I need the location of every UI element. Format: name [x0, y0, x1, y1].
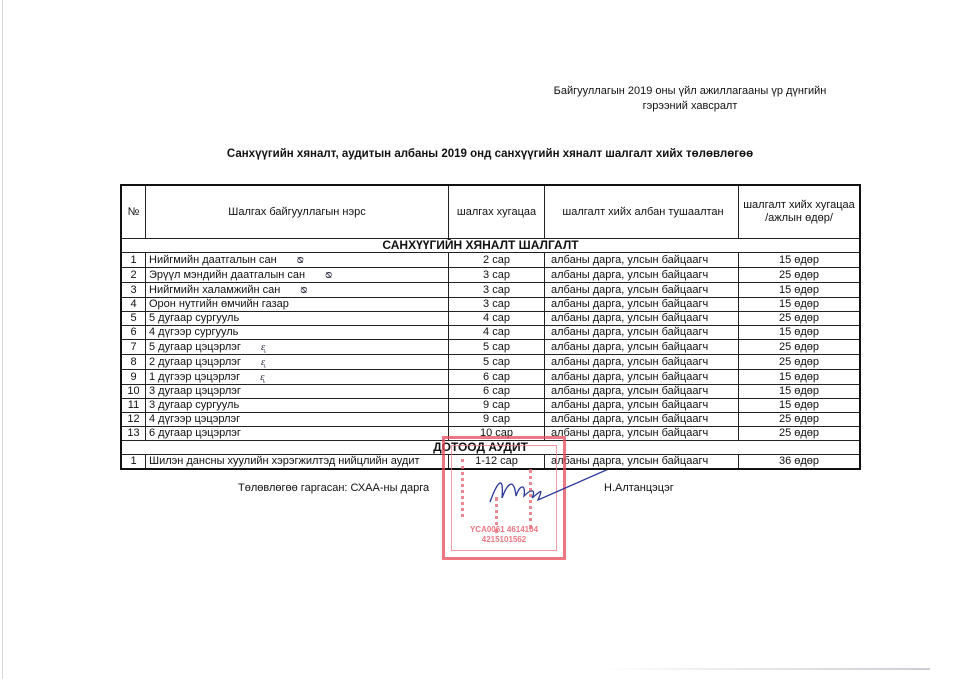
header-note: Байгууллагын 2019 оны үйл ажиллагааны үр…	[540, 84, 840, 114]
organization-name: 1 дүгээр цэцэрлэгᶓ	[146, 370, 449, 385]
audit-days-text: 25 өдөр	[779, 312, 819, 324]
audit-period: 9 сар	[449, 399, 545, 413]
scan-smudge	[600, 668, 930, 670]
row-number: 1	[121, 455, 146, 470]
audit-official-text: албаны дарга, улсын байцаагч	[551, 455, 708, 467]
audit-official: албаны дарга, улсын байцаагч	[545, 253, 739, 268]
organization-name-text: Орон нутгийн өмчийн газар	[149, 298, 289, 310]
stamp-line1: YCA0061 4614104	[445, 525, 563, 535]
audit-official: албаны дарга, улсын байцаагч	[545, 283, 739, 298]
document-title: Санхүүгийн хяналт, аудитын албаны 2019 о…	[180, 148, 800, 160]
table-row: 75 дугаар цэцэрлэгᶓ5 саралбаны дарга, ул…	[121, 340, 860, 355]
audit-plan-table: № Шалгах байгууллагын нэрс шалгах хугаца…	[120, 184, 861, 470]
audit-official: албаны дарга, улсын байцаагч	[545, 385, 739, 399]
table-row: 1Нийгмийн даатгалын санᴓ2 саралбаны дарг…	[121, 253, 860, 268]
audit-period-text: 9 сар	[483, 413, 510, 425]
table-row: 3Нийгмийн халамжийн санᴓ3 саралбаны дарг…	[121, 283, 860, 298]
audit-official: албаны дарга, улсын байцаагч	[545, 399, 739, 413]
audit-period-text: 3 сар	[483, 269, 510, 281]
audit-period-text: 3 сар	[483, 298, 510, 310]
table-row: 91 дүгээр цэцэрлэгᶓ6 саралбаны дарга, ул…	[121, 370, 860, 385]
organization-name-text: 5 дугаар цэцэрлэг	[149, 341, 241, 353]
row-number-text: 6	[130, 326, 136, 338]
row-number-text: 9	[130, 371, 136, 383]
audit-days-text: 15 өдөр	[779, 284, 819, 296]
audit-official-text: албаны дарга, улсын байцаагч	[551, 284, 708, 296]
table-header-row: № Шалгах байгууллагын нэрс шалгах хугаца…	[121, 185, 860, 239]
audit-period-text: 4 сар	[483, 326, 510, 338]
audit-official-text: албаны дарга, улсын байцаагч	[551, 385, 708, 397]
organization-name: 3 дугаар сургууль	[146, 399, 449, 413]
audit-days-text: 15 өдөр	[779, 371, 819, 383]
row-number-text: 8	[130, 356, 136, 368]
row-number: 1	[121, 253, 146, 268]
stamp-script-column	[461, 459, 474, 517]
audit-period: 4 сар	[449, 312, 545, 326]
audit-official-text: албаны дарга, улсын байцаагч	[551, 356, 708, 368]
organization-name: 3 дугаар цэцэрлэг	[146, 385, 449, 399]
audit-days-text: 25 өдөр	[779, 413, 819, 425]
row-number-text: 11	[128, 399, 139, 411]
audit-period-text: 6 сар	[483, 371, 510, 383]
organization-name: Нийгмийн халамжийн санᴓ	[146, 283, 449, 298]
organization-name-text: 3 дугаар цэцэрлэг	[149, 385, 241, 397]
row-number: 3	[121, 283, 146, 298]
audit-official: албаны дарга, улсын байцаагч	[545, 298, 739, 312]
organization-name: 4 дүгээр сургууль	[146, 326, 449, 340]
audit-official-text: албаны дарга, улсын байцаагч	[551, 254, 708, 266]
audit-official: албаны дарга, улсын байцаагч	[545, 355, 739, 370]
row-number: 6	[121, 326, 146, 340]
audit-period-text: 2 сар	[483, 254, 510, 266]
header-no: №	[121, 185, 146, 239]
audit-days: 15 өдөр	[739, 399, 861, 413]
section-title-text: САНХҮҮГИЙН ХЯНАЛТ ШАЛГАЛТ	[382, 239, 578, 253]
audit-official-text: албаны дарга, улсын байцаагч	[551, 298, 708, 310]
handwritten-check-mark: ᴓ	[325, 268, 332, 281]
row-number-text: 5	[130, 312, 136, 324]
table-body: САНХҮҮГИЙН ХЯНАЛТ ШАЛГАЛТ1Нийгмийн даатг…	[121, 239, 860, 470]
organization-name: Орон нутгийн өмчийн газар	[146, 298, 449, 312]
organization-name-text: Нийгмийн даатгалын сан	[149, 254, 277, 266]
row-number-text: 12	[127, 413, 139, 425]
row-number: 5	[121, 312, 146, 326]
organization-name: Шилэн дансны хуулийн хэрэгжилтэд нийцлий…	[146, 455, 449, 470]
organization-name-text: 3 дугаар сургууль	[149, 399, 239, 411]
row-number-text: 1	[130, 455, 136, 467]
audit-days: 25 өдөр	[739, 312, 861, 326]
audit-official-text: албаны дарга, улсын байцаагч	[551, 269, 708, 281]
organization-name-text: Эрүүл мэндийн даатгалын сан	[149, 269, 305, 281]
audit-days: 25 өдөр	[739, 355, 861, 370]
table-row: 2Эрүүл мэндийн даатгалын санᴓ3 саралбаны…	[121, 268, 860, 283]
audit-official: албаны дарга, улсын байцаагч	[545, 312, 739, 326]
table-row: 4Орон нутгийн өмчийн газар3 саралбаны да…	[121, 298, 860, 312]
audit-official-text: албаны дарга, улсын байцаагч	[551, 413, 708, 425]
audit-days-text: 15 өдөр	[779, 385, 819, 397]
prepared-by-label: Төлөвлөгөө гаргасан: СХАА-ны дарга	[238, 482, 429, 494]
organization-name: 2 дугаар цэцэрлэгᶓ	[146, 355, 449, 370]
audit-period: 3 сар	[449, 298, 545, 312]
organization-name: 5 дугаар сургууль	[146, 312, 449, 326]
audit-period: 3 сар	[449, 283, 545, 298]
audit-days-text: 36 өдөр	[779, 455, 819, 467]
audit-period: 3 сар	[449, 268, 545, 283]
header-days: шалгалт хийх хугацаа /ажлын өдөр/	[739, 185, 861, 239]
row-number-text: 4	[130, 298, 136, 310]
handwritten-check-mark: ᶓ	[260, 370, 264, 383]
audit-days: 36 өдөр	[739, 455, 861, 470]
row-number-text: 13	[127, 427, 139, 439]
row-number: 7	[121, 340, 146, 355]
audit-official: албаны дарга, улсын байцаагч	[545, 370, 739, 385]
audit-period-text: 5 сар	[483, 356, 510, 368]
stamp-line2: 4215101562	[445, 535, 563, 545]
organization-name: 6 дугаар цэцэрлэг	[146, 427, 449, 441]
row-number: 13	[121, 427, 146, 441]
audit-official-text: албаны дарга, улсын байцаагч	[551, 427, 708, 439]
audit-official-text: албаны дарга, улсын байцаагч	[551, 312, 708, 324]
audit-official: албаны дарга, улсын байцаагч	[545, 268, 739, 283]
audit-official: албаны дарга, улсын байцаагч	[545, 455, 739, 470]
audit-days-text: 15 өдөр	[779, 298, 819, 310]
row-number-text: 1	[130, 254, 136, 266]
row-number: 11	[121, 399, 146, 413]
row-number-text: 2	[130, 269, 136, 281]
handwritten-check-mark: ᴓ	[297, 253, 304, 266]
audit-period-text: 5 сар	[483, 341, 510, 353]
organization-name-text: 2 дугаар цэцэрлэг	[149, 356, 241, 368]
handwritten-signature	[480, 470, 630, 510]
section-header-row: САНХҮҮГИЙН ХЯНАЛТ ШАЛГАЛТ	[121, 239, 860, 253]
audit-period-text: 9 сар	[483, 399, 510, 411]
organization-name-text: 4 дүгээр цэцэрлэг	[149, 413, 240, 425]
handwritten-check-mark: ᶓ	[261, 340, 265, 353]
audit-official-text: албаны дарга, улсын байцаагч	[551, 326, 708, 338]
audit-days: 15 өдөр	[739, 298, 861, 312]
table-row: 103 дугаар цэцэрлэг6 саралбаны дарга, ул…	[121, 385, 860, 399]
audit-days: 15 өдөр	[739, 253, 861, 268]
organization-name-text: Нийгмийн халамжийн сан	[149, 284, 280, 296]
header-name: Шалгах байгууллагын нэрс	[146, 185, 449, 239]
organization-name-text: Шилэн дансны хуулийн хэрэгжилтэд нийцлий…	[149, 455, 420, 467]
header-official: шалгалт хийх албан тушаалтан	[545, 185, 739, 239]
audit-period: 6 сар	[449, 385, 545, 399]
audit-days-text: 25 өдөр	[779, 356, 819, 368]
audit-period: 4 сар	[449, 326, 545, 340]
audit-period-text: 3 сар	[483, 284, 510, 296]
audit-official: албаны дарга, улсын байцаагч	[545, 427, 739, 441]
audit-days: 25 өдөр	[739, 268, 861, 283]
audit-official-text: албаны дарга, улсын байцаагч	[551, 341, 708, 353]
table-row: 55 дугаар сургууль4 саралбаны дарга, улс…	[121, 312, 860, 326]
audit-period: 5 сар	[449, 340, 545, 355]
table-row: 82 дугаар цэцэрлэгᶓ5 саралбаны дарга, ул…	[121, 355, 860, 370]
audit-period-text: 4 сар	[483, 312, 510, 324]
row-number: 8	[121, 355, 146, 370]
organization-name-text: 1 дүгээр цэцэрлэг	[149, 371, 240, 383]
row-number: 10	[121, 385, 146, 399]
table-row: 124 дүгээр цэцэрлэг9 саралбаны дарга, ул…	[121, 413, 860, 427]
scan-page-edge	[2, 0, 3, 679]
section-title: САНХҮҮГИЙН ХЯНАЛТ ШАЛГАЛТ	[121, 239, 860, 253]
audit-period: 9 сар	[449, 413, 545, 427]
audit-days: 25 өдөр	[739, 427, 861, 441]
header-note-line2: гэрээний хавсралт	[540, 99, 840, 114]
row-number-text: 10	[127, 385, 139, 397]
table-row: 113 дугаар сургууль9 саралбаны дарга, ул…	[121, 399, 860, 413]
audit-days: 25 өдөр	[739, 340, 861, 355]
audit-days-text: 15 өдөр	[779, 326, 819, 338]
audit-days: 15 өдөр	[739, 370, 861, 385]
row-number: 2	[121, 268, 146, 283]
audit-days: 15 өдөр	[739, 385, 861, 399]
organization-name: 5 дугаар цэцэрлэгᶓ	[146, 340, 449, 355]
row-number: 9	[121, 370, 146, 385]
organization-name: Нийгмийн даатгалын санᴓ	[146, 253, 449, 268]
audit-days-text: 15 өдөр	[779, 399, 819, 411]
audit-official: албаны дарга, улсын байцаагч	[545, 340, 739, 355]
audit-days: 25 өдөр	[739, 413, 861, 427]
audit-period: 6 сар	[449, 370, 545, 385]
audit-official: албаны дарга, улсын байцаагч	[545, 326, 739, 340]
row-number: 4	[121, 298, 146, 312]
handwritten-check-mark: ᶓ	[261, 355, 265, 368]
row-number-text: 7	[130, 341, 136, 353]
audit-official: албаны дарга, улсын байцаагч	[545, 413, 739, 427]
audit-days-text: 25 өдөр	[779, 341, 819, 353]
organization-name: 4 дүгээр цэцэрлэг	[146, 413, 449, 427]
table-row: 64 дүгээр сургууль4 саралбаны дарга, улс…	[121, 326, 860, 340]
audit-official-text: албаны дарга, улсын байцаагч	[551, 399, 708, 411]
organization-name: Эрүүл мэндийн даатгалын санᴓ	[146, 268, 449, 283]
audit-days-text: 25 өдөр	[779, 427, 819, 439]
audit-period: 2 сар	[449, 253, 545, 268]
header-note-line1: Байгууллагын 2019 оны үйл ажиллагааны үр…	[540, 84, 840, 99]
audit-period-text: 6 сар	[483, 385, 510, 397]
audit-official-text: албаны дарга, улсын байцаагч	[551, 371, 708, 383]
audit-days: 15 өдөр	[739, 283, 861, 298]
audit-days-text: 15 өдөр	[779, 254, 819, 266]
organization-name-text: 5 дугаар сургууль	[149, 312, 239, 324]
organization-name-text: 6 дугаар цэцэрлэг	[149, 427, 241, 439]
row-number-text: 3	[130, 284, 136, 296]
header-period: шалгах хугацаа	[449, 185, 545, 239]
stamp-text: YCA0061 4614104 4215101562	[445, 525, 563, 545]
audit-days: 15 өдөр	[739, 326, 861, 340]
audit-days-text: 25 өдөр	[779, 269, 819, 281]
organization-name-text: 4 дүгээр сургууль	[149, 326, 238, 338]
audit-period: 5 сар	[449, 355, 545, 370]
handwritten-check-mark: ᴓ	[300, 283, 307, 296]
row-number: 12	[121, 413, 146, 427]
